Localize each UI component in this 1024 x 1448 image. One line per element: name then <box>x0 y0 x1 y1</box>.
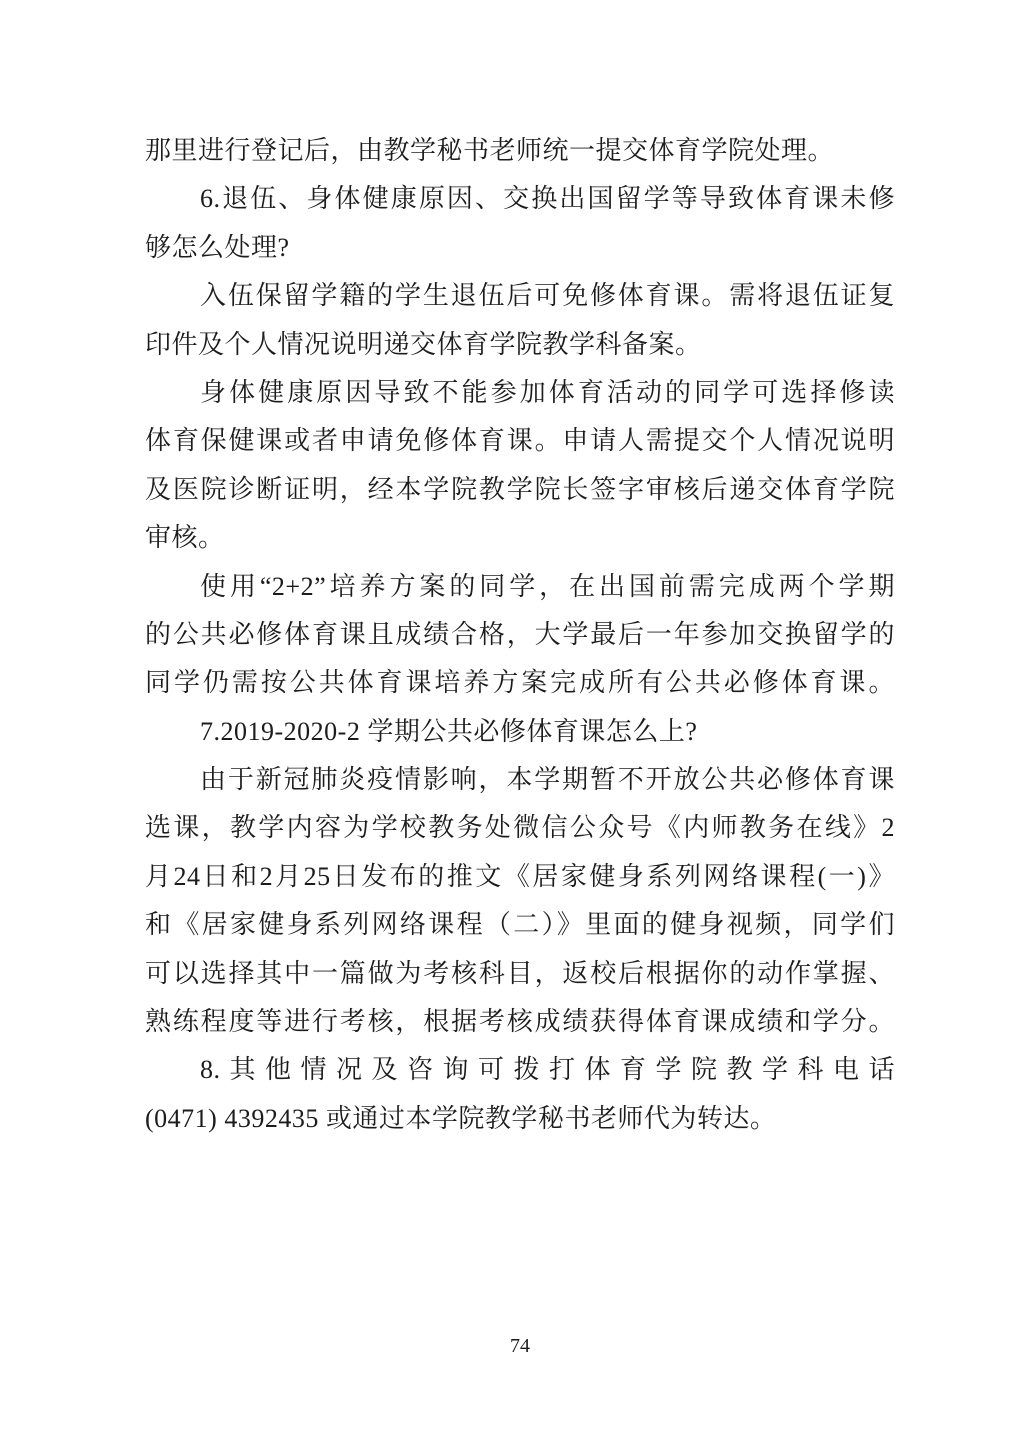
text-line: 审核。 <box>145 514 895 562</box>
text-line: 够怎么处理? <box>145 224 895 272</box>
text-line: 熟练程度等进行考核，根据考核成绩获得体育课成绩和学分。 <box>145 998 895 1046</box>
text-line: 使用“2+2”培养方案的同学，在出国前需完成两个学期 <box>145 563 895 611</box>
text-line: 7.2019-2020-2 学期公共必修体育课怎么上? <box>145 708 895 756</box>
text-line: 和《居家健身系列网络课程（二）》里面的健身视频，同学们 <box>145 901 895 949</box>
text-line: 可以选择其中一篇做为考核科目，返校后根据你的动作掌握、 <box>145 950 895 998</box>
text-line: 的公共必修体育课且成绩合格，大学最后一年参加交换留学的 <box>145 611 895 659</box>
page-number: 74 <box>145 1332 895 1360</box>
text-line: 选课，教学内容为学校教务处微信公众号《内师教务在线》2 <box>145 804 895 852</box>
text-line: 由于新冠肺炎疫情影响，本学期暂不开放公共必修体育课 <box>145 756 895 804</box>
text-line: 那里进行登记后，由教学秘书老师统一提交体育学院处理。 <box>145 127 895 175</box>
document-body-text: 那里进行登记后，由教学秘书老师统一提交体育学院处理。6.退伍、身体健康原因、交换… <box>145 127 895 1143</box>
text-line: 体育保健课或者申请免修体育课。申请人需提交个人情况说明 <box>145 417 895 465</box>
text-line: 身体健康原因导致不能参加体育活动的同学可选择修读 <box>145 369 895 417</box>
text-line: 6.退伍、身体健康原因、交换出国留学等导致体育课未修 <box>145 175 895 223</box>
text-line: 印件及个人情况说明递交体育学院教学科备案。 <box>145 321 895 369</box>
text-line: 同学仍需按公共体育课培养方案完成所有公共必修体育课。 <box>145 659 895 707</box>
text-line: 8.其他情况及咨询可拨打体育学院教学科电话 <box>145 1046 895 1094</box>
text-line: 及医院诊断证明，经本学院教学院长签字审核后递交体育学院 <box>145 466 895 514</box>
text-line: (0471) 4392435 或通过本学院教学秘书老师代为转达。 <box>145 1095 895 1143</box>
document-page: 那里进行登记后，由教学秘书老师统一提交体育学院处理。6.退伍、身体健康原因、交换… <box>0 0 1024 1448</box>
text-line: 月24日和2月25日发布的推文《居家健身系列网络课程(一)》 <box>145 853 895 901</box>
text-line: 入伍保留学籍的学生退伍后可免修体育课。需将退伍证复 <box>145 272 895 320</box>
